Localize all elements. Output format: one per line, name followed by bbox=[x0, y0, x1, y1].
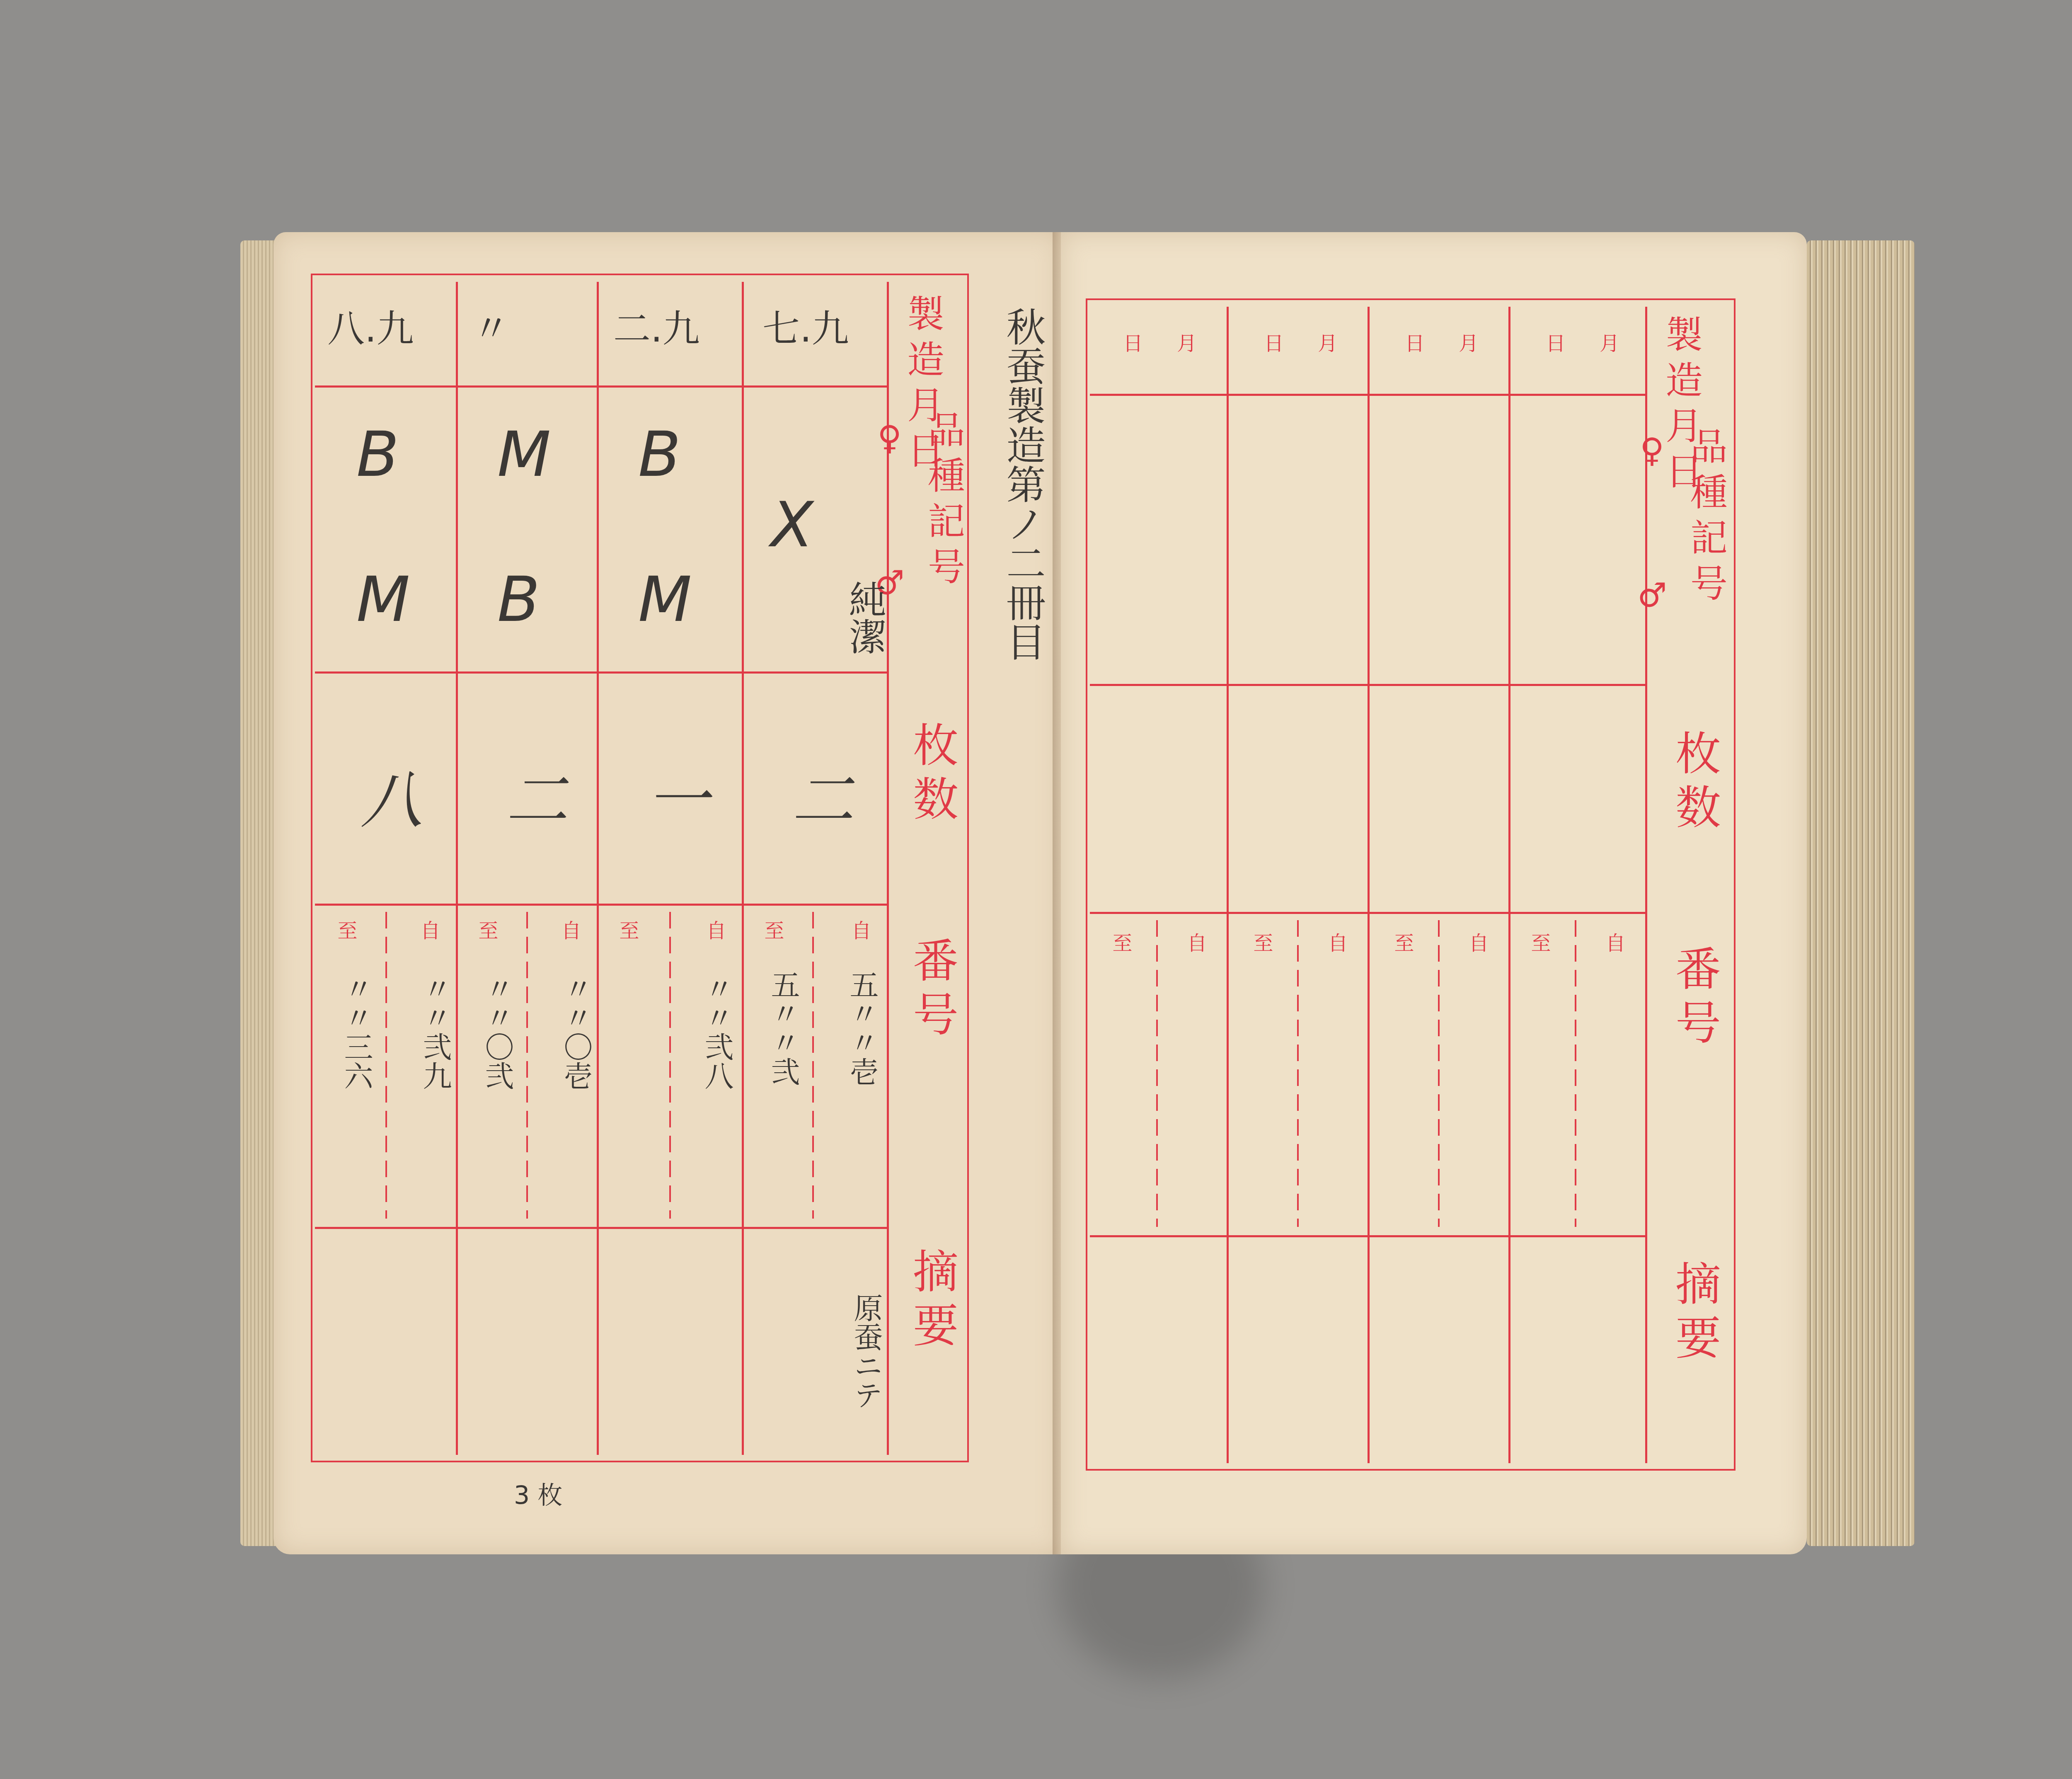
number-subdivider bbox=[1438, 920, 1440, 1227]
entry-female-variety: M bbox=[497, 419, 551, 491]
entry-male-variety: 純潔 bbox=[837, 580, 891, 655]
open-ledger-book: 製造月日 品種記号 ♀ ♂ 枚数 番号 摘要 七.九 X 純潔 二 至 自 五〃… bbox=[240, 224, 1898, 1571]
entry-date: 八.九 bbox=[327, 298, 414, 352]
entry-male-variety: B bbox=[497, 564, 540, 636]
entry-female-variety: X bbox=[771, 489, 813, 561]
left-page: 製造月日 品種記号 ♀ ♂ 枚数 番号 摘要 七.九 X 純潔 二 至 自 五〃… bbox=[274, 232, 1061, 1554]
row-divider bbox=[1090, 1235, 1645, 1237]
entry-number-to: 五〃〃弐 bbox=[762, 970, 804, 1086]
number-subdivider bbox=[526, 912, 528, 1219]
entry-number-to: 〃〃〇弐 bbox=[477, 974, 518, 1090]
to-label: 至 bbox=[1106, 933, 1135, 955]
female-symbol-icon: ♀ bbox=[1633, 431, 1671, 478]
day-label: 日 bbox=[1405, 327, 1427, 356]
header-count-label: 枚数 bbox=[899, 721, 965, 829]
entry-male-variety: M bbox=[638, 564, 692, 636]
header-number-label: 番号 bbox=[1662, 945, 1727, 1053]
to-label: 至 bbox=[613, 920, 642, 943]
to-label: 至 bbox=[1247, 933, 1276, 955]
entry-number-from: 五〃〃壱 bbox=[841, 970, 883, 1086]
entry-female-variety: B bbox=[638, 419, 681, 491]
number-subdivider bbox=[812, 912, 814, 1219]
to-label: 至 bbox=[332, 920, 360, 943]
number-subdivider bbox=[1297, 920, 1299, 1227]
footer-note: 3 枚 bbox=[514, 1476, 562, 1511]
female-symbol-icon: ♀ bbox=[870, 419, 909, 465]
entry-count: 一 bbox=[646, 750, 709, 840]
margin-inscription: 秋蚕製造第ノ二冊目 bbox=[995, 307, 1051, 661]
number-subdivider bbox=[1575, 920, 1576, 1227]
right-page: 製造月日 品種記号 ♀ ♂ 枚数 番号 摘要 日 月 日 月 日 月 日 月 至… bbox=[1061, 232, 1807, 1554]
month-label: 月 bbox=[1459, 327, 1481, 356]
to-label: 至 bbox=[472, 920, 501, 943]
entry-number-from: 〃〃〇壱 bbox=[555, 974, 597, 1090]
number-subdivider bbox=[1156, 920, 1158, 1227]
from-label: 自 bbox=[845, 920, 874, 943]
column-divider bbox=[597, 282, 599, 1455]
from-label: 自 bbox=[1322, 933, 1351, 955]
row-divider bbox=[315, 385, 887, 388]
header-count-label: 枚数 bbox=[1662, 730, 1727, 837]
column-divider bbox=[1368, 307, 1370, 1463]
month-label: 月 bbox=[1177, 327, 1199, 356]
male-symbol-icon: ♂ bbox=[1633, 576, 1671, 623]
entry-remarks: 原蚕ニテ bbox=[845, 1293, 887, 1409]
right-page-edges bbox=[1807, 240, 1915, 1546]
entry-date: 二.九 bbox=[613, 298, 700, 352]
from-label: 自 bbox=[555, 920, 584, 943]
header-remarks-label: 摘要 bbox=[899, 1248, 965, 1355]
entry-count: 二 bbox=[792, 750, 854, 840]
entry-date: 〃 bbox=[472, 298, 510, 352]
header-variety-label: 品種記号 bbox=[1678, 427, 1732, 609]
row-divider bbox=[315, 904, 887, 906]
entry-male-variety: M bbox=[356, 564, 410, 636]
column-divider bbox=[1508, 307, 1510, 1463]
from-label: 自 bbox=[414, 920, 443, 943]
from-label: 自 bbox=[1181, 933, 1210, 955]
row-divider bbox=[315, 671, 887, 674]
to-label: 至 bbox=[1388, 933, 1417, 955]
column-divider bbox=[1227, 307, 1229, 1463]
column-divider bbox=[456, 282, 458, 1455]
row-divider bbox=[315, 1227, 887, 1229]
month-label: 月 bbox=[1318, 327, 1340, 356]
month-label: 月 bbox=[1600, 327, 1622, 356]
entry-count: 二 bbox=[506, 750, 568, 840]
day-label: 日 bbox=[1546, 327, 1568, 356]
entry-number-from: 〃〃弐八 bbox=[696, 974, 738, 1090]
entry-count: 八 bbox=[361, 750, 423, 840]
from-label: 自 bbox=[1600, 933, 1628, 955]
number-subdivider bbox=[669, 912, 671, 1219]
header-variety-label: 品種記号 bbox=[916, 410, 970, 593]
day-label: 日 bbox=[1123, 327, 1145, 356]
entry-female-variety: B bbox=[356, 419, 399, 491]
row-divider bbox=[1090, 394, 1645, 396]
header-remarks-label: 摘要 bbox=[1662, 1260, 1727, 1368]
to-label: 至 bbox=[758, 920, 787, 943]
entry-number-from: 〃〃弐九 bbox=[414, 974, 456, 1090]
entry-date: 七.九 bbox=[762, 298, 849, 352]
day-label: 日 bbox=[1264, 327, 1286, 356]
column-divider bbox=[1645, 307, 1647, 1463]
row-divider bbox=[1090, 684, 1645, 686]
number-subdivider bbox=[385, 912, 387, 1219]
entry-number-to: 〃〃三六 bbox=[336, 974, 378, 1090]
from-label: 自 bbox=[700, 920, 729, 943]
column-divider bbox=[742, 282, 744, 1455]
row-divider bbox=[1090, 912, 1645, 914]
to-label: 至 bbox=[1525, 933, 1554, 955]
header-number-label: 番号 bbox=[899, 937, 965, 1045]
from-label: 自 bbox=[1463, 933, 1491, 955]
